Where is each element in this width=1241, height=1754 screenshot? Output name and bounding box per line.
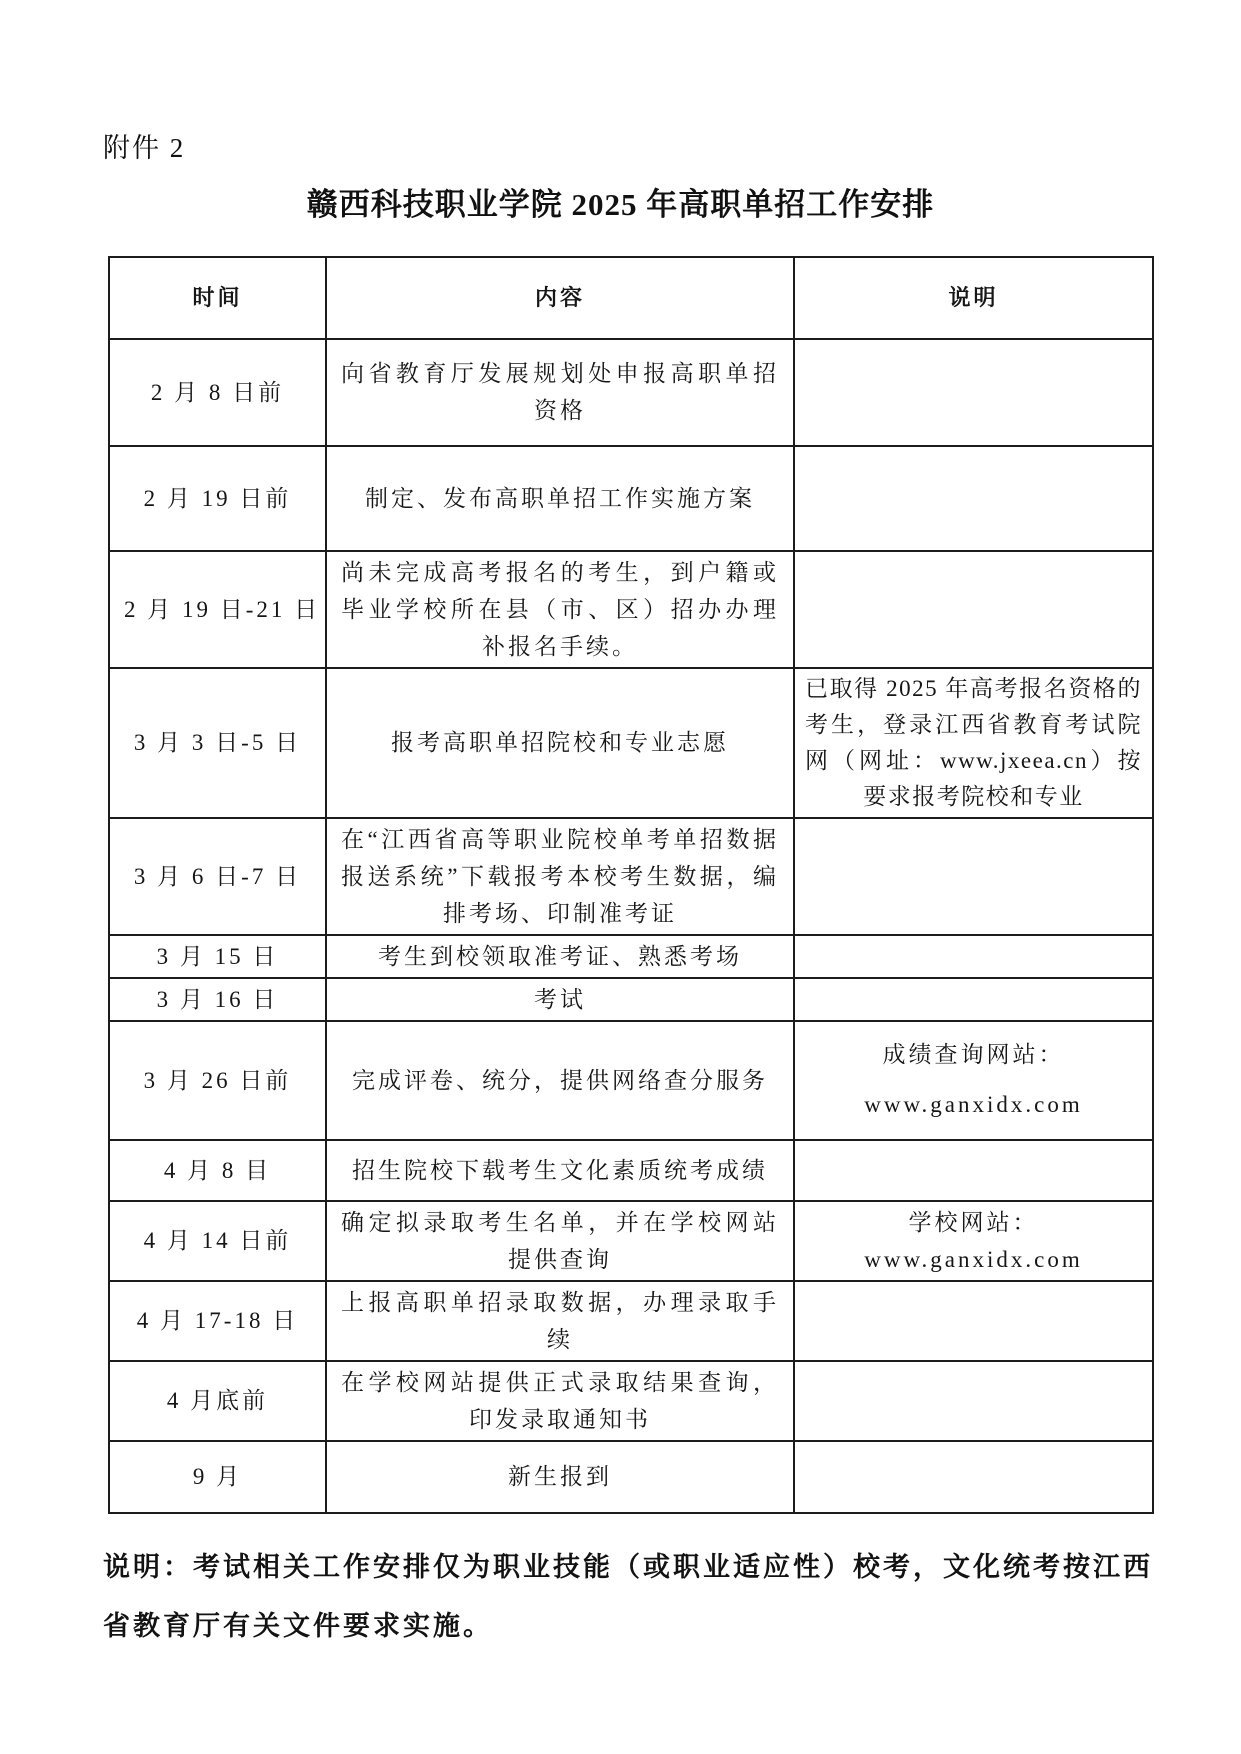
table-header-row: 时间 内容 说明: [109, 257, 1153, 339]
table-row: 3 月 6 日-7 日 在“江西省高等职业院校单考单招数据报送系统”下载报考本校…: [109, 818, 1153, 935]
time-cell: 2 月 8 日前: [109, 339, 326, 446]
schedule-table: 时间 内容 说明 2 月 8 日前 向省教育厅发展规划处申报高职单招资格 2 月…: [108, 256, 1154, 1514]
content-cell: 考试: [326, 978, 794, 1021]
content-cell: 在学校网站提供正式录取结果查询，印发录取通知书: [326, 1361, 794, 1441]
time-cell: 4 月底前: [109, 1361, 326, 1441]
content-cell: 确定拟录取考生名单，并在学校网站提供查询: [326, 1201, 794, 1281]
time-cell: 3 月 6 日-7 日: [109, 818, 326, 935]
time-cell: 3 月 16 日: [109, 978, 326, 1021]
note-cell: [794, 1281, 1153, 1361]
table-row: 2 月 19 日前 制定、发布高职单招工作实施方案: [109, 446, 1153, 551]
content-cell: 新生报到: [326, 1441, 794, 1513]
time-cell: 3 月 3 日-5 日: [109, 668, 326, 818]
time-cell: 3 月 15 日: [109, 935, 326, 978]
time-cell: 4 月 8 目: [109, 1140, 326, 1201]
table-row: 3 月 15 日 考生到校领取准考证、熟悉考场: [109, 935, 1153, 978]
note-cell: 学校网站：www.ganxidx.com: [794, 1201, 1153, 1281]
page-title: 赣西科技职业学院 2025 年高职单招工作安排: [0, 186, 1241, 223]
table-row: 4 月 14 日前 确定拟录取考生名单，并在学校网站提供查询 学校网站：www.…: [109, 1201, 1153, 1281]
footer-note: 说明：考试相关工作安排仅为职业技能（或职业适应性）校考，文化统考按江西省教育厅有…: [103, 1538, 1153, 1656]
table-row: 3 月 16 日 考试: [109, 978, 1153, 1021]
note-cell: 成绩查询网站： www.ganxidx.com: [794, 1021, 1153, 1140]
time-cell: 2 月 19 日-21 日: [109, 551, 326, 668]
table-row: 2 月 8 日前 向省教育厅发展规划处申报高职单招资格: [109, 339, 1153, 446]
note-cell: 已取得 2025 年高考报名资格的考生，登录江西省教育考试院网（网址：www.j…: [794, 668, 1153, 818]
table-row: 4 月 8 目 招生院校下载考生文化素质统考成绩: [109, 1140, 1153, 1201]
note-cell: [794, 446, 1153, 551]
table-row: 9 月 新生报到: [109, 1441, 1153, 1513]
table-row: 2 月 19 日-21 日 尚未完成高考报名的考生，到户籍或毕业学校所在县（市、…: [109, 551, 1153, 668]
content-cell: 尚未完成高考报名的考生，到户籍或毕业学校所在县（市、区）招办办理补报名手续。: [326, 551, 794, 668]
content-cell: 向省教育厅发展规划处申报高职单招资格: [326, 339, 794, 446]
time-cell: 4 月 14 日前: [109, 1201, 326, 1281]
time-cell: 3 月 26 日前: [109, 1021, 326, 1140]
note-cell: [794, 1441, 1153, 1513]
header-cell-note: 说明: [794, 257, 1153, 339]
note-cell: [794, 1140, 1153, 1201]
table-row: 4 月底前 在学校网站提供正式录取结果查询，印发录取通知书: [109, 1361, 1153, 1441]
note-cell: [794, 339, 1153, 446]
content-cell: 制定、发布高职单招工作实施方案: [326, 446, 794, 551]
content-cell: 上报高职单招录取数据，办理录取手续: [326, 1281, 794, 1361]
time-cell: 4 月 17-18 日: [109, 1281, 326, 1361]
document-page: 附件 2 赣西科技职业学院 2025 年高职单招工作安排 时间 内容 说明 2 …: [0, 0, 1241, 1754]
time-cell: 2 月 19 日前: [109, 446, 326, 551]
note-cell: [794, 935, 1153, 978]
content-cell: 报考高职单招院校和专业志愿: [326, 668, 794, 818]
content-cell: 考生到校领取准考证、熟悉考场: [326, 935, 794, 978]
note-cell: [794, 818, 1153, 935]
table-row: 3 月 3 日-5 日 报考高职单招院校和专业志愿 已取得 2025 年高考报名…: [109, 668, 1153, 818]
table-row: 4 月 17-18 日 上报高职单招录取数据，办理录取手续: [109, 1281, 1153, 1361]
header-cell-time: 时间: [109, 257, 326, 339]
attachment-label: 附件 2: [0, 0, 1241, 166]
time-cell: 9 月: [109, 1441, 326, 1513]
table-row: 3 月 26 日前 完成评卷、统分，提供网络查分服务 成绩查询网站： www.g…: [109, 1021, 1153, 1140]
note-cell: [794, 551, 1153, 668]
note-cell: [794, 1361, 1153, 1441]
content-cell: 在“江西省高等职业院校单考单招数据报送系统”下载报考本校考生数据，编排考场、印制…: [326, 818, 794, 935]
content-cell: 招生院校下载考生文化素质统考成绩: [326, 1140, 794, 1201]
note-cell: [794, 978, 1153, 1021]
content-cell: 完成评卷、统分，提供网络查分服务: [326, 1021, 794, 1140]
header-cell-content: 内容: [326, 257, 794, 339]
